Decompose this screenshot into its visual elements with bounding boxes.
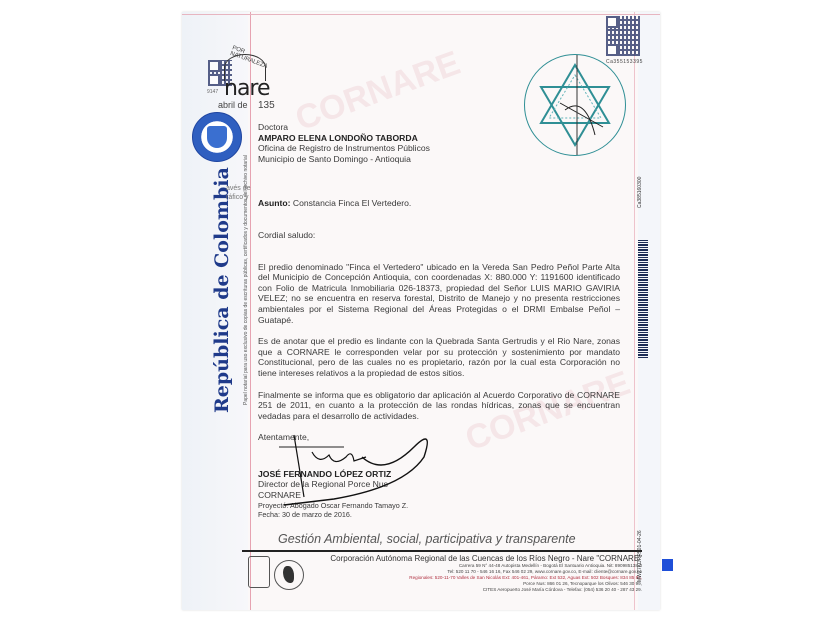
subject-line: Asunto: Constancia Finca El Vertedero. <box>258 198 620 209</box>
margin-line-right <box>634 12 635 610</box>
left-fragment-text: avés de ráfico y <box>226 184 251 202</box>
body-paragraph-1: El predio denominado "Finca el Vertedero… <box>258 262 620 326</box>
letter-body: Doctora AMPARO ELENA LONDOÑO TABORDA Ofi… <box>258 122 620 519</box>
addressee-block: Doctora AMPARO ELENA LONDOÑO TABORDA Ofi… <box>258 122 620 164</box>
addressee-title: Doctora <box>258 122 620 133</box>
shield-icon <box>207 126 227 148</box>
logo-wordmark: nare <box>224 76 270 101</box>
date-fragment: abril de <box>218 100 248 110</box>
subject-label: Asunto: <box>258 198 290 208</box>
qr-left-label: 9147 <box>207 89 218 95</box>
addressee-name: AMPARO ELENA LONDOÑO TABORDA <box>258 133 620 144</box>
reference-number: 135 <box>258 100 275 111</box>
footer-motto: Gestión Ambiental, social, participativa… <box>278 532 576 546</box>
greeting: Cordial saludo: <box>258 230 620 241</box>
letter-date: Fecha: 30 de marzo de 2016. <box>258 510 620 519</box>
handwritten-signature-icon <box>274 427 444 507</box>
left-fragment-2: ráfico y <box>226 193 251 202</box>
barcode-icon <box>638 240 648 358</box>
margin-line-top <box>182 14 660 15</box>
right-vertical-code-bottom: MWZ7KDRR501-04-26 <box>637 530 643 582</box>
body-paragraph-2: Es de anotar que el predio es lindante c… <box>258 336 620 378</box>
addressee-municipality: Municipio de Santo Domingo - Antioquia <box>258 154 620 165</box>
footer-logo-icon <box>248 556 270 588</box>
addressee-office: Oficina de Registro de Instrumentos Públ… <box>258 143 620 154</box>
right-vertical-code-top: Ca385160300 <box>637 177 643 208</box>
blue-marker-icon <box>662 559 673 571</box>
signature-block: JOSÉ FERNANDO LÓPEZ ORTIZ Director de la… <box>258 469 620 519</box>
notarial-document-page: CORNARE CORNARE 9147 POR NATURALEZA nare… <box>182 12 660 610</box>
body-paragraph-3: Finalmente se informa que es obligatorio… <box>258 390 620 422</box>
qr-code-top-right-icon <box>606 16 640 56</box>
footer-contact-block: Corporación Autónoma Regional de las Cue… <box>302 554 642 593</box>
footer-line-5: CITES Aeropuerto José María Córdova - Te… <box>302 587 642 593</box>
footer-divider <box>242 550 642 552</box>
cornare-logo: POR NATURALEZA nare <box>220 54 272 104</box>
subject-text: Constancia Finca El Vertedero. <box>290 198 411 208</box>
colombia-map-logo-icon <box>274 560 304 590</box>
footer-organization: Corporación Autónoma Regional de las Cue… <box>302 554 642 563</box>
notary-seal-icon <box>192 112 242 162</box>
left-fragment-1: avés de <box>226 184 251 193</box>
republica-de-colombia-title: República de Colombia <box>211 173 233 413</box>
